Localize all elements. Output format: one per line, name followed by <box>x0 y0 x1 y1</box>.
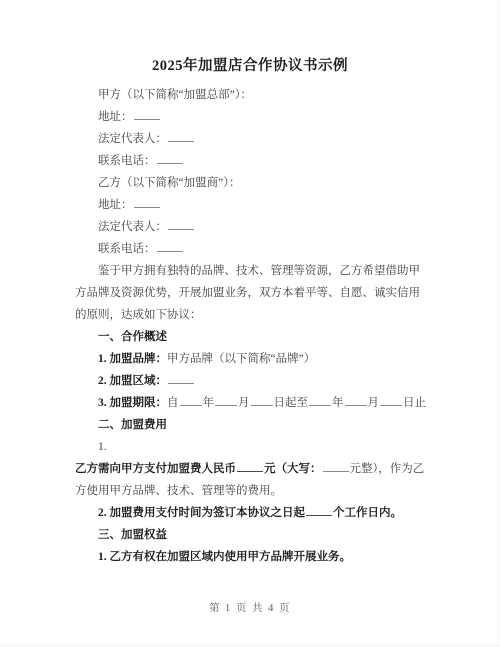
document-page: 2025年加盟店合作协议书示例 甲方（以下简称“加盟总部”）：地址：法定代表人：… <box>0 0 500 647</box>
blank-underline <box>306 505 332 516</box>
text-run: 联系电话： <box>98 243 156 255</box>
blank-underline <box>237 461 263 472</box>
document-line: 三、加盟权益 <box>75 524 440 546</box>
blank-underline <box>157 241 183 252</box>
text-run: 联系电话： <box>98 155 156 167</box>
text-run: 地址： <box>98 199 133 211</box>
bold-text-run: 1. 加盟品牌： <box>98 353 167 365</box>
document-line: 一、合作概述 <box>75 326 440 348</box>
blank-underline <box>134 197 160 208</box>
text-run: 月 <box>238 397 250 409</box>
document-line: 3. 加盟期限：自年月日起至年月日止 <box>75 392 440 414</box>
document-line: 鉴于甲方拥有独特的品牌、技术、管理等资源，乙方希望借助甲 <box>75 260 440 282</box>
blank-underline <box>168 219 194 230</box>
blank-underline <box>168 131 194 142</box>
document-line: 法定代表人： <box>75 216 440 238</box>
document-line: 1. 乙方有权在加盟区域内使用甲方品牌开展业务。 <box>75 546 440 568</box>
document-line: 1. <box>75 436 440 458</box>
text-run: 的原则，达成如下协议： <box>75 309 202 321</box>
document-line: 的原则，达成如下协议： <box>75 304 440 326</box>
blank-underline <box>180 395 202 406</box>
blank-underline <box>215 395 237 406</box>
blank-underline <box>168 373 194 384</box>
document-line: 2. 加盟区域： <box>75 370 440 392</box>
text-run: 日起至 <box>274 397 309 409</box>
blank-underline <box>157 153 183 164</box>
bold-text-run: 2. 加盟区域： <box>98 375 167 387</box>
bold-text-run: 一、合作概述 <box>98 331 167 343</box>
text-run: 年 <box>203 397 215 409</box>
bold-text-run: 元（大写： <box>264 463 322 475</box>
text-run: 元整），作为乙 <box>350 463 425 475</box>
text-run: 1. <box>98 441 107 453</box>
document-line: 二、加盟费用 <box>75 414 440 436</box>
document-content: 甲方（以下简称“加盟总部”）：地址：法定代表人：联系电话：乙方（以下简称“加盟商… <box>0 84 440 568</box>
document-title: 2025年加盟店合作协议书示例 <box>0 0 500 76</box>
bold-text-run: 乙方需向甲方支付加盟费人民币 <box>75 463 236 475</box>
bold-text-run: 三、加盟权益 <box>98 529 167 541</box>
document-line: 联系电话： <box>75 150 440 172</box>
bold-text-run: 个工作日内。 <box>333 507 402 519</box>
blank-underline <box>134 109 160 120</box>
blank-underline <box>309 395 331 406</box>
page-number-footer: 第 1 页 共 4 页 <box>0 600 500 615</box>
document-line: 乙方需向甲方支付加盟费人民币元（大写：元整），作为乙 <box>75 458 440 480</box>
blank-underline <box>251 395 273 406</box>
document-line: 甲方（以下简称“加盟总部”）： <box>75 84 440 106</box>
document-line: 方品牌及资源优势，开展加盟业务，双方本着平等、自愿、诚实信用 <box>75 282 440 304</box>
text-run: 甲方品牌（以下简称“品牌”） <box>167 353 315 365</box>
document-line: 2. 加盟费用支付时间为签订本协议之日起个工作日内。 <box>75 502 440 524</box>
blank-underline <box>323 461 349 472</box>
document-line: 地址： <box>75 194 440 216</box>
text-run: 年 <box>332 397 344 409</box>
document-line: 乙方（以下简称“加盟商”）： <box>75 172 440 194</box>
text-run: 方使用甲方品牌、技术、管理等的费用。 <box>75 485 282 497</box>
document-line: 方使用甲方品牌、技术、管理等的费用。 <box>75 480 440 502</box>
document-line: 联系电话： <box>75 238 440 260</box>
text-run: 法定代表人： <box>98 133 167 145</box>
text-run: 地址： <box>98 111 133 123</box>
text-run: 自 <box>167 397 179 409</box>
document-line: 1. 加盟品牌：甲方品牌（以下简称“品牌”） <box>75 348 440 370</box>
bold-text-run: 3. 加盟期限： <box>98 397 167 409</box>
blank-underline <box>380 395 402 406</box>
text-run: 法定代表人： <box>98 221 167 233</box>
bold-text-run: 2. 加盟费用支付时间为签订本协议之日起 <box>98 507 305 519</box>
bold-text-run: 二、加盟费用 <box>98 419 167 431</box>
text-run: 鉴于甲方拥有独特的品牌、技术、管理等资源，乙方希望借助甲 <box>98 265 420 277</box>
text-run: 日止 <box>403 397 426 409</box>
bold-text-run: 1. 乙方有权在加盟区域内使用甲方品牌开展业务。 <box>98 551 351 563</box>
text-run: 甲方（以下简称“加盟总部”）： <box>98 89 252 101</box>
text-run: 方品牌及资源优势，开展加盟业务，双方本着平等、自愿、诚实信用 <box>75 287 420 299</box>
blank-underline <box>345 395 367 406</box>
text-run: 月 <box>368 397 380 409</box>
document-line: 地址： <box>75 106 440 128</box>
document-line: 法定代表人： <box>75 128 440 150</box>
text-run: 乙方（以下简称“加盟商”）： <box>98 177 240 189</box>
